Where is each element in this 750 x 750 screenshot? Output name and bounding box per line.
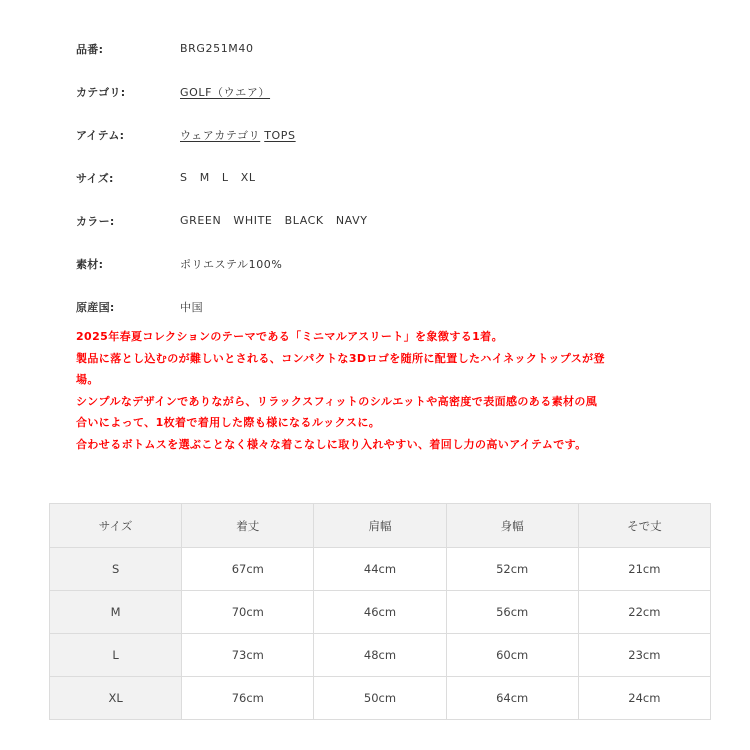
- column-header-chest: 身幅: [446, 504, 578, 548]
- size-option: L: [222, 171, 229, 184]
- size-chart-table: サイズ 着丈 肩幅 身幅 そで丈 S 67cm 44cm 52cm 21cm M…: [49, 503, 711, 720]
- item-link-wear-category[interactable]: ウェアカテゴリ: [180, 129, 260, 142]
- cell-sleeve: 23cm: [578, 634, 710, 677]
- spec-label-sizes: サイズ:: [76, 170, 180, 186]
- description-line: 合わせるボトムスを選ぶことなく様々な着こなしに取り入れやすい、着回し力の高いアイ…: [76, 434, 716, 456]
- spec-row-material: 素材: ポリエステル100%: [76, 242, 716, 285]
- spec-row-sizes: サイズ: S M L XL: [76, 156, 716, 199]
- spec-label-origin: 原産国:: [76, 299, 180, 315]
- color-option: NAVY: [336, 214, 368, 227]
- cell-length: 73cm: [182, 634, 314, 677]
- cell-shoulder: 48cm: [314, 634, 446, 677]
- spec-label-material: 素材:: [76, 256, 180, 272]
- cell-sleeve: 24cm: [578, 677, 710, 720]
- spec-value-sizes: S M L XL: [180, 171, 264, 184]
- cell-chest: 56cm: [446, 591, 578, 634]
- row-header-size: XL: [50, 677, 182, 720]
- description-line: 製品に落とし込むのが難しいとされる、コンパクトな3Dロゴを随所に配置したハイネッ…: [76, 348, 716, 370]
- column-header-shoulder: 肩幅: [314, 504, 446, 548]
- description-line: 2025年春夏コレクションのテーマである「ミニマルアスリート」を象徴する1着。: [76, 326, 716, 348]
- spec-value-product-code: BRG251M40: [180, 42, 254, 55]
- table-row: M 70cm 46cm 56cm 22cm: [50, 591, 711, 634]
- cell-sleeve: 21cm: [578, 548, 710, 591]
- color-option: BLACK: [285, 214, 324, 227]
- size-option: S: [180, 171, 188, 184]
- cell-shoulder: 44cm: [314, 548, 446, 591]
- item-link-tops[interactable]: TOPS: [264, 129, 295, 142]
- color-option: WHITE: [233, 214, 272, 227]
- description-line: 場。: [76, 369, 716, 391]
- cell-chest: 64cm: [446, 677, 578, 720]
- spec-value-colors: GREEN WHITE BLACK NAVY: [180, 214, 376, 227]
- table-row: S 67cm 44cm 52cm 21cm: [50, 548, 711, 591]
- color-option: GREEN: [180, 214, 221, 227]
- spec-row-item: アイテム: ウェアカテゴリTOPS: [76, 113, 716, 156]
- product-spec-list: 品番: BRG251M40 カテゴリ: GOLF（ウエア） アイテム: ウェアカ…: [76, 27, 716, 328]
- cell-length: 70cm: [182, 591, 314, 634]
- size-option: XL: [241, 171, 256, 184]
- cell-shoulder: 46cm: [314, 591, 446, 634]
- spec-label-category: カテゴリ:: [76, 84, 180, 100]
- cell-length: 67cm: [182, 548, 314, 591]
- spec-row-category: カテゴリ: GOLF（ウエア）: [76, 70, 716, 113]
- description-line: シンプルなデザインでありながら、リラックスフィットのシルエットや高密度で表面感の…: [76, 391, 716, 413]
- spec-row-colors: カラー: GREEN WHITE BLACK NAVY: [76, 199, 716, 242]
- table-row: XL 76cm 50cm 64cm 24cm: [50, 677, 711, 720]
- table-header-row: サイズ 着丈 肩幅 身幅 そで丈: [50, 504, 711, 548]
- row-header-size: L: [50, 634, 182, 677]
- cell-sleeve: 22cm: [578, 591, 710, 634]
- spec-row-product-code: 品番: BRG251M40: [76, 27, 716, 70]
- spec-label-colors: カラー:: [76, 213, 180, 229]
- row-header-size: S: [50, 548, 182, 591]
- cell-chest: 60cm: [446, 634, 578, 677]
- spec-label-product-code: 品番:: [76, 41, 180, 57]
- column-header-size: サイズ: [50, 504, 182, 548]
- cell-chest: 52cm: [446, 548, 578, 591]
- table-row: L 73cm 48cm 60cm 23cm: [50, 634, 711, 677]
- cell-length: 76cm: [182, 677, 314, 720]
- spec-value-material: ポリエステル100%: [180, 256, 282, 272]
- spec-value-origin: 中国: [180, 299, 203, 315]
- category-link-golf-wear[interactable]: GOLF（ウエア）: [180, 86, 270, 99]
- description-line: 合いによって、1枚着で着用した際も様になるルックスに。: [76, 412, 716, 434]
- size-option: M: [200, 171, 210, 184]
- column-header-length: 着丈: [182, 504, 314, 548]
- product-description: 2025年春夏コレクションのテーマである「ミニマルアスリート」を象徴する1着。 …: [76, 326, 716, 455]
- spec-row-origin: 原産国: 中国: [76, 285, 716, 328]
- column-header-sleeve: そで丈: [578, 504, 710, 548]
- spec-label-item: アイテム:: [76, 127, 180, 143]
- row-header-size: M: [50, 591, 182, 634]
- cell-shoulder: 50cm: [314, 677, 446, 720]
